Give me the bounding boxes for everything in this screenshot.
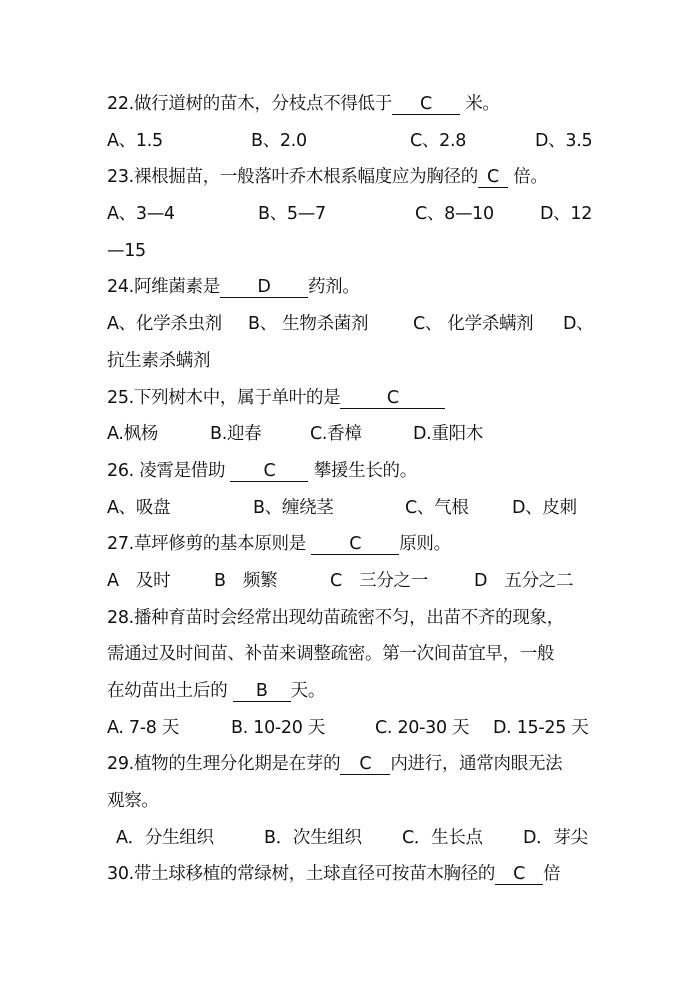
question-number: 22. (107, 94, 134, 114)
option-d: D．芽尖 (523, 820, 588, 857)
question-28-options: A. 7-8 天 B. 10-20 天 C. 20-30 天 D. 15-25 … (107, 710, 597, 747)
question-27-options: A 及时 B 频繁 C 三分之一 D 五分之二 (107, 563, 597, 600)
option-a: A．分生组织 (116, 820, 214, 857)
option-d: D、12 (540, 196, 592, 233)
question-text: 植物的生理分化期是在芽的 (134, 754, 340, 774)
question-text: 草坪修剪的基本原则是 (134, 534, 311, 554)
question-text-after: 原则。 (399, 534, 451, 554)
question-text-after: 内进行，通常肉眼无法 (390, 754, 562, 774)
option-b: B. 10-20 天 (231, 710, 325, 747)
question-text-after: 药剂。 (308, 277, 360, 297)
option-b: B、缠绕茎 (253, 490, 334, 527)
question-text: 凌霄是借助 (134, 461, 231, 481)
option-c: C 三分之一 (330, 563, 428, 600)
question-number: 26. (107, 461, 134, 481)
question-30-stem: 30.带土球移植的常绿树，土球直径可按苗木胸径的C倍 (107, 856, 597, 893)
option-b: B、 生物杀菌剂 (248, 306, 368, 343)
question-26-stem: 26. 凌霄是借助 C 攀援生长的。 (107, 453, 597, 490)
option-b: B.迎春 (210, 416, 261, 453)
answer-blank: C (311, 534, 399, 555)
option-d: D 五分之二 (474, 563, 573, 600)
option-d: D、 (563, 306, 593, 343)
option-d: D、3.5 (535, 123, 592, 160)
answer-blank: D (220, 277, 308, 298)
answer-blank: C (392, 94, 460, 115)
question-27-stem: 27.草坪修剪的基本原则是 C原则。 (107, 526, 597, 563)
question-22-stem: 22.做行道树的苗木，分枝点不得低于C 米。 (107, 86, 597, 123)
document-page: 22.做行道树的苗木，分枝点不得低于C 米。 A、1.5 B、2.0 C、2.8… (107, 86, 597, 893)
question-number: 29. (107, 754, 134, 774)
question-number: 30. (107, 864, 134, 884)
question-number: 27. (107, 534, 134, 554)
answer-blank: B (233, 681, 291, 702)
question-29-stem-continuation: 观察。 (107, 783, 597, 820)
answer-blank: C (340, 754, 390, 775)
question-text: 做行道树的苗木，分枝点不得低于 (134, 94, 392, 114)
option-a: A、3—4 (107, 196, 175, 233)
option-a: A.枫杨 (107, 416, 158, 453)
option-c: C、2.8 (410, 123, 466, 160)
question-text: 在幼苗出土后的 (107, 681, 233, 701)
option-c: C. 20-30 天 (375, 710, 469, 747)
question-text-after: 倍。 (508, 167, 548, 187)
option-c: C．生长点 (402, 820, 483, 857)
option-d: D.重阳木 (413, 416, 483, 453)
question-29-stem: 29.植物的生理分化期是在芽的C内进行，通常肉眼无法 (107, 746, 597, 783)
question-text-after: 米。 (460, 94, 500, 114)
option-c: C、 化学杀螨剂 (413, 306, 533, 343)
question-24-options: A、化学杀虫剂 B、 生物杀菌剂 C、 化学杀螨剂 D、 (107, 306, 597, 343)
option-d: D. 15-25 天 (493, 710, 589, 747)
option-b: B、5—7 (258, 196, 326, 233)
question-number: 25. (107, 388, 134, 408)
question-text: 带土球移植的常绿树，土球直径可按苗木胸径的 (134, 864, 495, 884)
option-c: C、8—10 (415, 196, 494, 233)
question-25-options: A.枫杨 B.迎春 C.香樟 D.重阳木 (107, 416, 597, 453)
question-28-stem-line-2: 需通过及时间苗、补苗来调整疏密。第一次间苗宜早，一般 (107, 636, 597, 673)
question-23-options: A、3—4 B、5—7 C、8—10 D、12 (107, 196, 597, 233)
question-text: 播种育苗时会经常出现幼苗疏密不匀，出苗不齐的现象， (134, 608, 564, 628)
question-29-options: A．分生组织 B．次生组织 C．生长点 D．芽尖 (107, 820, 597, 857)
question-text-after: 倍 (543, 864, 560, 884)
question-text: 裸根掘苗，一般落叶乔木根系幅度应为胸径的 (134, 167, 478, 187)
option-a: A. 7-8 天 (107, 710, 179, 747)
option-a: A、1.5 (107, 123, 163, 160)
question-23-options-continuation: —15 (107, 233, 597, 270)
option-a: A、化学杀虫剂 (107, 306, 222, 343)
option-a: A、吸盘 (107, 490, 170, 527)
answer-blank: C (340, 388, 445, 409)
answer-blank: C (495, 864, 543, 885)
option-a: A 及时 (107, 563, 170, 600)
answer-blank: C (230, 461, 308, 482)
question-24-options-continuation: 抗生素杀螨剂 (107, 343, 597, 380)
question-22-options: A、1.5 B、2.0 C、2.8 D、3.5 (107, 123, 597, 160)
question-28-stem-line-1: 28.播种育苗时会经常出现幼苗疏密不匀，出苗不齐的现象， (107, 600, 597, 637)
question-text: 阿维菌素是 (134, 277, 220, 297)
question-25-stem: 25.下列树木中，属于单叶的是C (107, 380, 597, 417)
option-d: D、皮刺 (512, 490, 577, 527)
answer-blank: C (478, 167, 508, 188)
question-text-after: 天。 (291, 681, 325, 701)
question-28-stem-line-3: 在幼苗出土后的 B天。 (107, 673, 597, 710)
question-text-after: 攀援生长的。 (308, 461, 416, 481)
option-c: C.香樟 (310, 416, 362, 453)
question-23-stem: 23.裸根掘苗，一般落叶乔木根系幅度应为胸径的C 倍。 (107, 159, 597, 196)
question-number: 24. (107, 277, 134, 297)
question-text: 下列树木中，属于单叶的是 (134, 388, 340, 408)
question-24-stem: 24.阿维菌素是D药剂。 (107, 269, 597, 306)
option-b: B、2.0 (251, 123, 307, 160)
option-b: B．次生组织 (264, 820, 362, 857)
option-b: B 频繁 (214, 563, 277, 600)
option-c: C、气根 (405, 490, 469, 527)
question-number: 28. (107, 608, 134, 628)
question-number: 23. (107, 167, 134, 187)
question-26-options: A、吸盘 B、缠绕茎 C、气根 D、皮刺 (107, 490, 597, 527)
